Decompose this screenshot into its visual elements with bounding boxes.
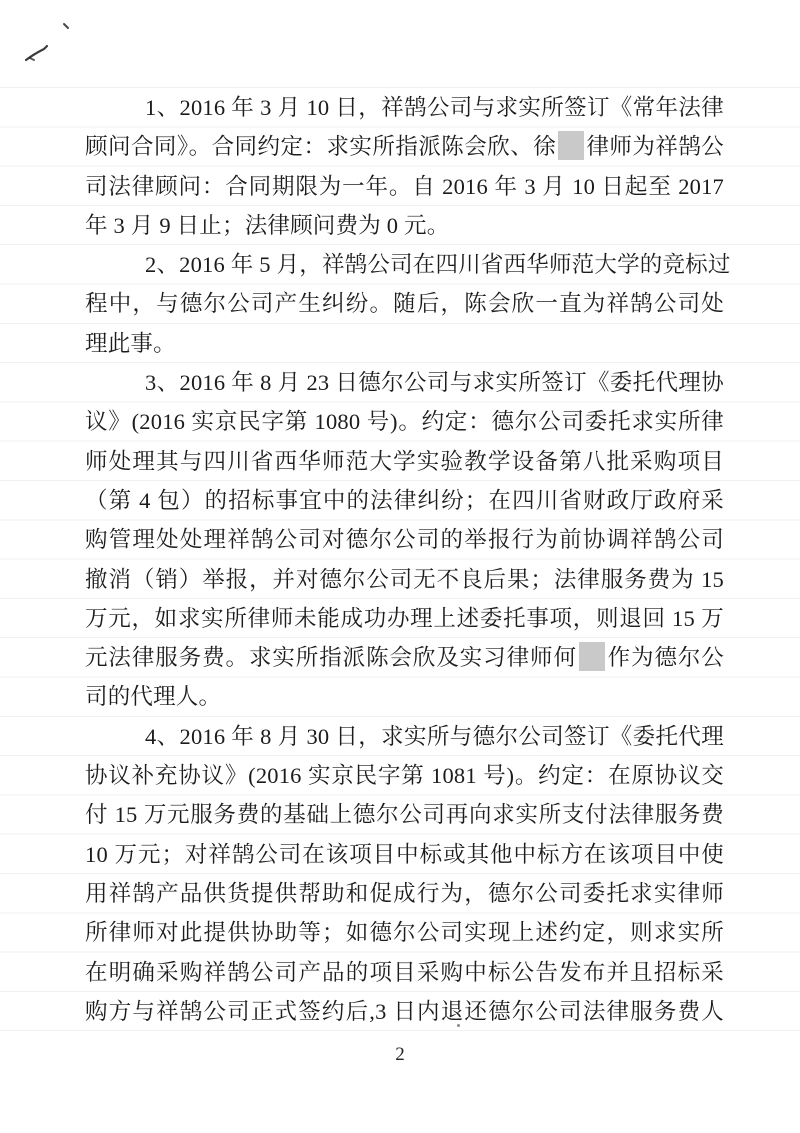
text-line: 3、2016 年 8 月 23 日德尔公司与求实所签订《委托代理协 [85, 363, 724, 402]
text-line: 司的代理人。 [85, 677, 724, 716]
text-line: 购方与祥鹄公司正式签约后,3 日内退还德尔公司法律服务费人 [85, 992, 724, 1031]
text-line: 理此事。 [85, 324, 724, 363]
redaction-box [579, 642, 605, 671]
text-line: 购管理处处理祥鹄公司对德尔公司的举报行为前协调祥鹄公司 [85, 520, 724, 559]
text-line: 顾问合同》。合同约定：求实所指派陈会欣、徐律师为祥鹄公 [85, 127, 724, 166]
text-line: 撤消（销）举报，并对德尔公司无不良后果；法律服务费为 15 [85, 560, 724, 599]
text-line: （第 4 包）的招标事宜中的法律纠纷；在四川省财政厅政府采 [85, 481, 724, 520]
text-line: 1、2016 年 3 月 10 日，祥鹄公司与求实所签订《常年法律 [85, 88, 724, 127]
pen-scribble-icon [18, 12, 82, 70]
text-line: 所律师对此提供协助等；如德尔公司实现上述约定，则求实所 [85, 913, 724, 952]
text-line: 司法律顾问：合同期限为一年。自 2016 年 3 月 10 日起至 2017 [85, 167, 724, 206]
text-line: 万元，如求实所律师未能成功办理上述委托事项，则退回 15 万 [85, 599, 724, 638]
scanned-document-page: 1、2016 年 3 月 10 日，祥鹄公司与求实所签订《常年法律顾问合同》。合… [0, 0, 800, 1133]
text-line: 协议补充协议》(2016 实京民字第 1081 号)。约定：在原协议交 [85, 756, 724, 795]
redaction-box [558, 131, 584, 160]
text-line: 用祥鹄产品供货提供帮助和促成行为，德尔公司委托求实律师 [85, 874, 724, 913]
text-line: 付 15 万元服务费的基础上德尔公司再向求实所支付法律服务费 [85, 795, 724, 834]
text-line: 10 万元；对祥鹄公司在该项目中标或其他中标方在该项目中使 [85, 835, 724, 874]
text-line: 师处理其与四川省西华师范大学实验教学设备第八批采购项目 [85, 442, 724, 481]
text-line: 在明确采购祥鹄公司产品的项目采购中标公告发布并且招标采 [85, 953, 724, 992]
page-number: 2 [0, 1044, 800, 1066]
text-line: 程中，与德尔公司产生纠纷。随后，陈会欣一直为祥鹄公司处 [85, 284, 724, 323]
document-body: 1、2016 年 3 月 10 日，祥鹄公司与求实所签订《常年法律顾问合同》。合… [85, 88, 724, 1031]
text-line: 年 3 月 9 日止；法律顾问费为 0 元。 [85, 206, 724, 245]
text-line: 4、2016 年 8 月 30 日，求实所与德尔公司签订《委托代理 [85, 717, 724, 756]
text-line: 2、2016 年 5 月，祥鹄公司在四川省西华师范大学的竞标过 [85, 245, 724, 284]
text-line: 元法律服务费。求实所指派陈会欣及实习律师何作为德尔公 [85, 638, 724, 677]
scan-speck [457, 1024, 460, 1027]
text-line: 议》(2016 实京民字第 1080 号)。约定：德尔公司委托求实所律 [85, 402, 724, 441]
